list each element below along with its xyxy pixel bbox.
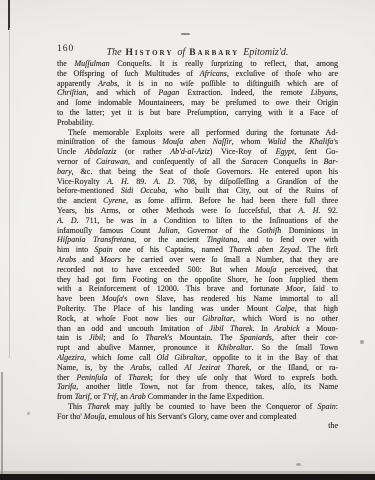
text-line: vernor of Cairawan, and conſequently of … (57, 157, 338, 167)
text-line: have been Mouſa's own Slave, has rendere… (57, 294, 338, 304)
title-word-history: History (126, 48, 174, 58)
text-line: Uncle Abdalaziz (or rather Ab'd-al-Aziz)… (57, 147, 338, 157)
scan-bottom-edge (0, 474, 375, 480)
text-line: For tho' Mouſa, emulous of his Servant's… (57, 412, 338, 422)
text-line: Rock, at whoſe Foot now lies our Gibralt… (57, 314, 338, 324)
text-line: bary, &c. that being the Seat of thoſe G… (57, 167, 338, 177)
page-edge-shadow (1, 372, 3, 480)
title-word-the: The (107, 47, 122, 58)
book-page-scan: 160 The History of Barbary Epitomiz'd. t… (0, 0, 375, 480)
text-line: Theſe memorable Exploits were all perfor… (57, 128, 338, 138)
text-line: ther Peninſula of Tharek; for they uſe o… (57, 373, 338, 383)
text-line: before-mentioned Sidi Occuba, who built … (57, 186, 338, 196)
text-line: infamouſly famous Count Julian, Governor… (57, 226, 338, 236)
text-line: Tarifa, another little Town, not far fro… (57, 382, 338, 392)
text-line: than an odd and uncouth Imitation of Jib… (57, 324, 338, 334)
ink-dash-mark (181, 33, 190, 35)
text-line: him into Spain one of his Captains, name… (57, 245, 338, 255)
title-word-of: of (177, 47, 185, 58)
text-line: Vice-Royalty A. H. 89. A. D. 708, by diſ… (57, 177, 338, 187)
text-line: Arabs and Moors he carried over were ſo … (57, 255, 338, 265)
text-block: the Muſſulman Conqueſts. It is really ſu… (57, 59, 338, 431)
text-line: from Tarif, or T'rif, an Arab Commander … (57, 392, 338, 402)
text-line: Chriſtian, and which of Pagan Extraction… (57, 88, 338, 98)
page-number: 160 (57, 44, 74, 54)
title-word-barbary: Barbary (189, 48, 239, 58)
title-word-epitomizd: Epitomiz'd. (243, 47, 288, 58)
text-line: miniſtration of the famous Mouſa aben Na… (57, 137, 338, 147)
text-line: with a Reinforcement of 12000. This brav… (57, 284, 338, 294)
text-line: Probability. (57, 118, 338, 128)
paper-speck (296, 463, 301, 466)
text-line: they had got firm Footing on the oppoſit… (57, 275, 338, 285)
paper-speck (360, 340, 364, 344)
paper-speck (27, 412, 30, 415)
text-line: rupt and abuſive Manner, pronounce it Kh… (57, 343, 338, 353)
text-line: Algezira, which ſome call Old Gibraltar,… (57, 353, 338, 363)
catchword: the (57, 421, 338, 431)
text-line: the Offspring of ſuch Multitudes of Afri… (57, 69, 338, 79)
spine-shadow-faint (9, 28, 10, 358)
page-header: 160 The History of Barbary Epitomiz'd. (57, 42, 338, 56)
text-line: the Muſſulman Conqueſts. It is really ſu… (57, 59, 338, 69)
text-line: Poſterity. The Place of his landing was … (57, 304, 338, 314)
text-line: Name, is, by the Arabs, called Al Jezira… (57, 363, 338, 373)
text-line: This Tharek may juſtly be counted to hav… (57, 402, 338, 412)
spine-shadow-line (8, 0, 10, 30)
text-line: tain is Jibil; and ſo Tharek's Mountain.… (57, 333, 338, 343)
text-line: Years, his Arms, or other Methods were ſ… (57, 206, 338, 216)
running-title: The History of Barbary Epitomiz'd. (107, 42, 289, 59)
text-line: A. D. 711, he was in a Condition to liſt… (57, 216, 338, 226)
text-line: apparently Arabs, it is in no wiſe poſſi… (57, 79, 338, 89)
text-line: recorded not to have exceeded 500: But w… (57, 265, 338, 275)
text-line: and ſome indomable Mountaineers, may be … (57, 98, 338, 108)
text-line: to the latter; yet it is but bare Preſum… (57, 108, 338, 118)
text-line: Hiſpania Transfretana, or the ancient Ti… (57, 235, 338, 245)
text-line: the ancient Cyrene, as ſome affirm. Befo… (57, 196, 338, 206)
